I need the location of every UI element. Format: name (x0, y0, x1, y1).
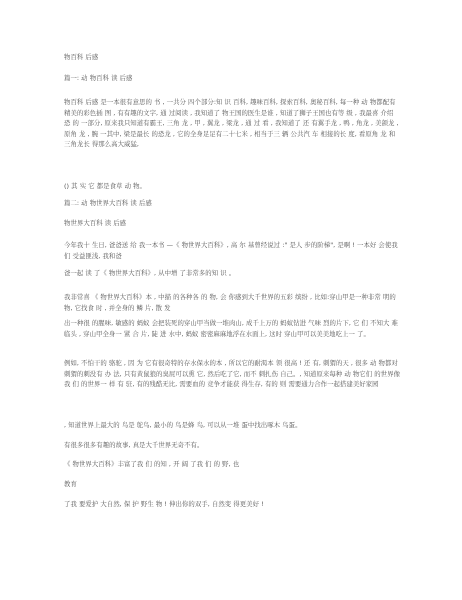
paragraph-6: , 知道世界上最大的 鸟是 鸵鸟, 最小的 鸟是蜂 鸟, 可以从一堆 蛋中找出啄… (64, 420, 400, 431)
paragraph-10: 了我 要爱护 大自然, 保 护 野生 物 ! 伸出你的双手, 自然变 得更美好 … (64, 499, 400, 510)
section1-line2: () 其 实 它 都是食草 动 物。 (64, 181, 400, 192)
paragraph-9: 教育 (64, 479, 400, 490)
section2-title: 物世界大百科 读 后感 (64, 218, 400, 229)
paragraph-4: 出一种很 的腥味, 敏感的 蚂蚁 会把装死的穿山甲当做一堆肉山, 成千上万的 蚂… (64, 318, 400, 339)
paragraph-5: 例如, 不怕干的 骆驼 , 因 为 它有很奇特的存水保水的本 , 所以它的耐渴本… (64, 358, 400, 390)
paragraph-3: 我非常喜 《 物世界大百科》本 , 中描 的各种各 的 物, 会 你感到大千世界… (64, 292, 400, 313)
paragraph-1: 今年我十 生日, 爸爸送 给 我一本书 —《 物世界大百科》, 高 尔 基曾经说… (64, 240, 400, 261)
paragraph-7: 有很多很多有趣的故事, 真是大千世界无奇不有。 (64, 440, 400, 451)
paragraph-8: 《 物世界大百科》丰富了我 们 的知 , 开 阔 了我 们 的 野, 也 (64, 459, 400, 470)
paragraph-2: 爸一起 读 了《 物世界大百科》, 从中增 了非常多的知 识 。 (64, 268, 400, 279)
document-title: 物百科 后感 (64, 52, 400, 63)
document-page: 物百科 后感 篇一: 动 物百科 读 后感 物百科 后感 是一本很有意思的 书 … (0, 0, 462, 600)
section1-heading: 篇一: 动 物百科 读 后感 (64, 73, 400, 84)
section1-body: 物百科 后感 是一本很有意思的 书 , 一共分 四个部分:知 识 百科, 趣味百… (64, 97, 400, 150)
section2-heading: 篇二: 动 物世界大百科 读 后感 (64, 198, 400, 209)
